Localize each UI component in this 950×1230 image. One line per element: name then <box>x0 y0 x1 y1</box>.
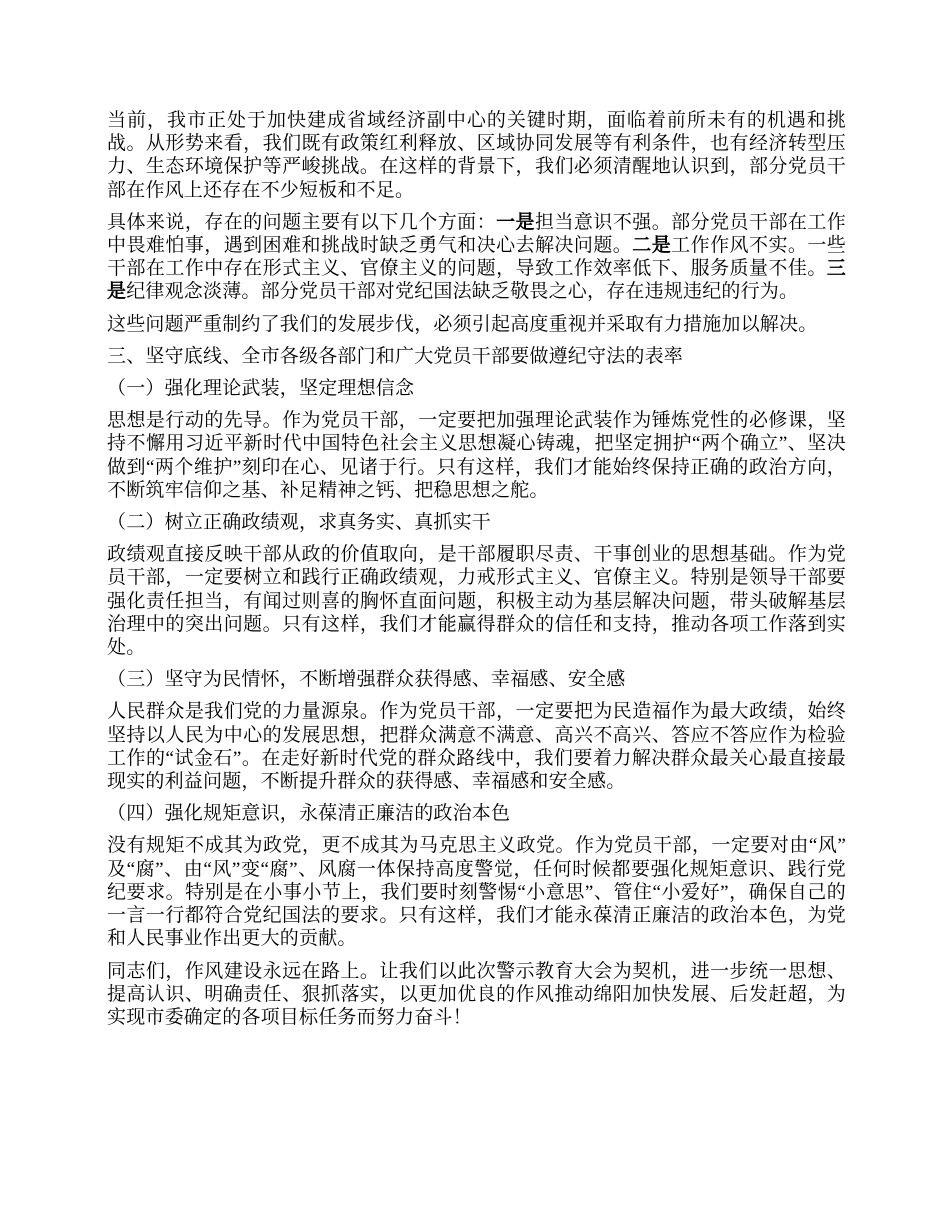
para-problems-point2-label: 二是 <box>632 235 671 256</box>
para-performance: 政绩观直接反映干部从政的价值取向，是干部履职尽责、干事创业的思想基础。作为党员干… <box>107 543 846 659</box>
para-closing: 同志们，作风建设永远在路上。让我们以此次警示教育大会为契机，进一步统一思想、提高… <box>107 960 846 1030</box>
para-people: 人民群众是我们党的力量源泉。作为党员干部，一定要把为民造福作为最大政绩，始终坚持… <box>107 700 846 793</box>
document-page: 当前，我市正处于加快建成省域经济副中心的关键时期，面临着前所未有的机遇和挑战。从… <box>0 0 950 1230</box>
heading-section-three: 三、坚守底线、全市各级各部门和广大党员干部要做遵纪守法的表率 <box>107 345 846 368</box>
heading-sub-two: （二）树立正确政绩观，求真务实、真抓实干 <box>107 511 846 534</box>
para-problems-intro: 具体来说，存在的问题主要有以下几个方面： <box>107 212 496 233</box>
document-content: 当前，我市正处于加快建成省域经济副中心的关键时期，面临着前所未有的机遇和挑战。从… <box>107 109 846 1038</box>
para-problems-point3-text: 纪律观念淡薄。部分党员干部对党纪国法缺乏敬畏之心，存在违规违纪的行为。 <box>126 281 798 302</box>
heading-sub-one: （一）强化理论武装，坚定理想信念 <box>107 377 846 400</box>
para-problems: 具体来说，存在的问题主要有以下几个方面：一是担当意识不强。部分党员干部在工作中畏… <box>107 211 846 304</box>
para-problems-point1-label: 一是 <box>496 212 535 233</box>
para-discipline: 没有规矩不成其为政党，更不成其为马克思主义政党。作为党员干部，一定要对由“风”及… <box>107 834 846 950</box>
heading-sub-three: （三）坚守为民情怀，不断增强群众获得感、幸福感、安全感 <box>107 668 846 691</box>
para-theory: 思想是行动的先导。作为党员干部，一定要把加强理论武装作为锤炼党性的必修课，坚持不… <box>107 409 846 502</box>
para-situation: 当前，我市正处于加快建成省域经济副中心的关键时期，面临着前所未有的机遇和挑战。从… <box>107 109 846 202</box>
heading-sub-four: （四）强化规矩意识，永葆清正廉洁的政治本色 <box>107 802 846 825</box>
para-problems-conclusion: 这些问题严重制约了我们的发展步伐，必须引起高度重视并采取有力措施加以解决。 <box>107 313 846 336</box>
